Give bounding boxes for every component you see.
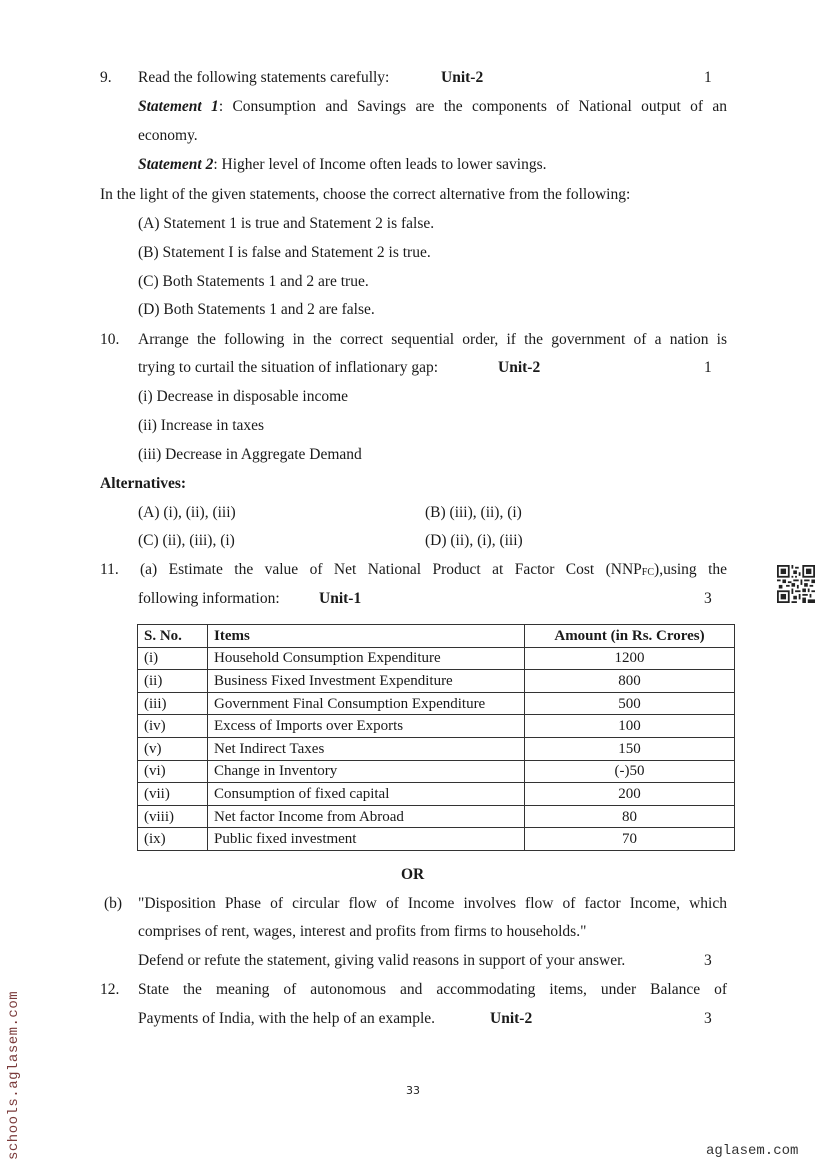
table-row: (v)Net Indirect Taxes150 [138, 737, 735, 760]
cell-amount: 100 [525, 715, 735, 738]
cell-item: Consumption of fixed capital [208, 783, 525, 806]
q11-part-b-line3: Defend or refute the statement, giving v… [138, 951, 625, 971]
q11-marks-b: 3 [704, 951, 712, 971]
q10-unit: Unit-2 [498, 358, 540, 378]
qr-code-icon [777, 565, 815, 603]
cell-sno: (i) [138, 647, 208, 670]
q11-part-a-post: ),using the [654, 561, 727, 578]
cell-sno: (viii) [138, 805, 208, 828]
q11-unit: Unit-1 [319, 589, 361, 609]
q11-part-a-line2: following information: [138, 589, 280, 609]
cell-sno: (v) [138, 737, 208, 760]
q9-marks: 1 [704, 68, 712, 88]
cell-amount: 200 [525, 783, 735, 806]
statement1-text: : Consumption and Savings are the compon… [219, 98, 727, 115]
table-row: (i)Household Consumption Expenditure1200 [138, 647, 735, 670]
cell-sno: (vi) [138, 760, 208, 783]
cell-sno: (ii) [138, 670, 208, 693]
q9-option-b: (B) Statement I is false and Statement 2… [138, 243, 431, 263]
q10-marks: 1 [704, 358, 712, 378]
cell-amount: 70 [525, 828, 735, 851]
q11-part-b-label: (b) [104, 894, 122, 914]
table-row: (iv)Excess of Imports over Exports100 [138, 715, 735, 738]
cell-amount: 1200 [525, 647, 735, 670]
q10-item-2: (ii) Increase in taxes [138, 416, 264, 436]
statement1-label: Statement 1 [138, 98, 219, 115]
cell-item: Change in Inventory [208, 760, 525, 783]
cell-amount: 800 [525, 670, 735, 693]
q9-option-a: (A) Statement 1 is true and Statement 2 … [138, 214, 434, 234]
nnp-data-table: S. No. Items Amount (in Rs. Crores) (i)H… [137, 624, 735, 851]
q10-alternative-c: (C) (ii), (iii), (i) [138, 531, 235, 551]
q11-part-a-line1: (a) Estimate the value of Net National P… [140, 560, 727, 582]
cell-amount: 150 [525, 737, 735, 760]
q12-line1: State the meaning of autonomous and acco… [138, 980, 727, 1000]
q9-number: 9. [100, 68, 112, 88]
header-sno: S. No. [138, 625, 208, 648]
q9-option-d: (D) Both Statements 1 and 2 are false. [138, 300, 375, 320]
q11-part-b-line2: comprises of rent, wages, interest and p… [138, 922, 586, 942]
q10-alternative-a: (A) (i), (ii), (iii) [138, 503, 236, 523]
q9-instruction: In the light of the given statements, ch… [100, 185, 630, 205]
q11-number: 11. [100, 560, 119, 580]
table-row: (ii)Business Fixed Investment Expenditur… [138, 670, 735, 693]
q11-part-b-line1: "Disposition Phase of circular flow of I… [138, 894, 727, 914]
q12-unit: Unit-2 [490, 1009, 532, 1029]
cell-item: Net factor Income from Abroad [208, 805, 525, 828]
q11-part-a-sub: FC [642, 567, 654, 578]
cell-sno: (iv) [138, 715, 208, 738]
cell-item: Household Consumption Expenditure [208, 647, 525, 670]
header-items: Items [208, 625, 525, 648]
cell-sno: (vii) [138, 783, 208, 806]
q9-statement1: Statement 1: Consumption and Savings are… [138, 97, 727, 117]
table-row: (vii)Consumption of fixed capital200 [138, 783, 735, 806]
table-row: (vi)Change in Inventory(-)50 [138, 760, 735, 783]
q12-line2: Payments of India, with the help of an e… [138, 1009, 435, 1029]
watermark-bottom: aglasem.com [706, 1143, 798, 1159]
q11-part-a-pre: (a) Estimate the value of Net National P… [140, 561, 642, 578]
table-row: (ix)Public fixed investment70 [138, 828, 735, 851]
q10-number: 10. [100, 330, 119, 350]
table-header-row: S. No. Items Amount (in Rs. Crores) [138, 625, 735, 648]
cell-amount: 80 [525, 805, 735, 828]
cell-sno: (ix) [138, 828, 208, 851]
watermark-side: schools.aglasem.com [6, 991, 22, 1160]
q11-marks-a: 3 [704, 589, 712, 609]
q12-marks: 3 [704, 1009, 712, 1029]
table-row: (iii)Government Final Consumption Expend… [138, 692, 735, 715]
statement2-text: : Higher level of Income often leads to … [213, 156, 546, 173]
q10-alternative-d: (D) (ii), (i), (iii) [425, 531, 523, 551]
header-amount: Amount (in Rs. Crores) [525, 625, 735, 648]
cell-item: Public fixed investment [208, 828, 525, 851]
q10-line2: trying to curtail the situation of infla… [138, 358, 438, 378]
q12-number: 12. [100, 980, 119, 1000]
q9-statement2: Statement 2: Higher level of Income ofte… [138, 155, 547, 175]
table-row: (viii)Net factor Income from Abroad80 [138, 805, 735, 828]
q9-option-c: (C) Both Statements 1 and 2 are true. [138, 272, 369, 292]
page-number: 33 [406, 1084, 420, 1097]
or-separator: OR [401, 865, 424, 885]
cell-item: Business Fixed Investment Expenditure [208, 670, 525, 693]
q10-alternatives-heading: Alternatives: [100, 474, 186, 494]
cell-amount: 500 [525, 692, 735, 715]
cell-sno: (iii) [138, 692, 208, 715]
cell-amount: (-)50 [525, 760, 735, 783]
statement2-label: Statement 2 [138, 156, 213, 173]
q9-statement1-cont: economy. [138, 126, 198, 146]
q10-alternative-b: (B) (iii), (ii), (i) [425, 503, 522, 523]
q10-line1: Arrange the following in the correct seq… [138, 330, 727, 350]
cell-item: Excess of Imports over Exports [208, 715, 525, 738]
cell-item: Government Final Consumption Expenditure [208, 692, 525, 715]
q10-item-1: (i) Decrease in disposable income [138, 387, 348, 407]
cell-item: Net Indirect Taxes [208, 737, 525, 760]
q9-unit: Unit-2 [441, 68, 483, 88]
q10-item-3: (iii) Decrease in Aggregate Demand [138, 445, 362, 465]
q9-intro: Read the following statements carefully: [138, 68, 389, 88]
